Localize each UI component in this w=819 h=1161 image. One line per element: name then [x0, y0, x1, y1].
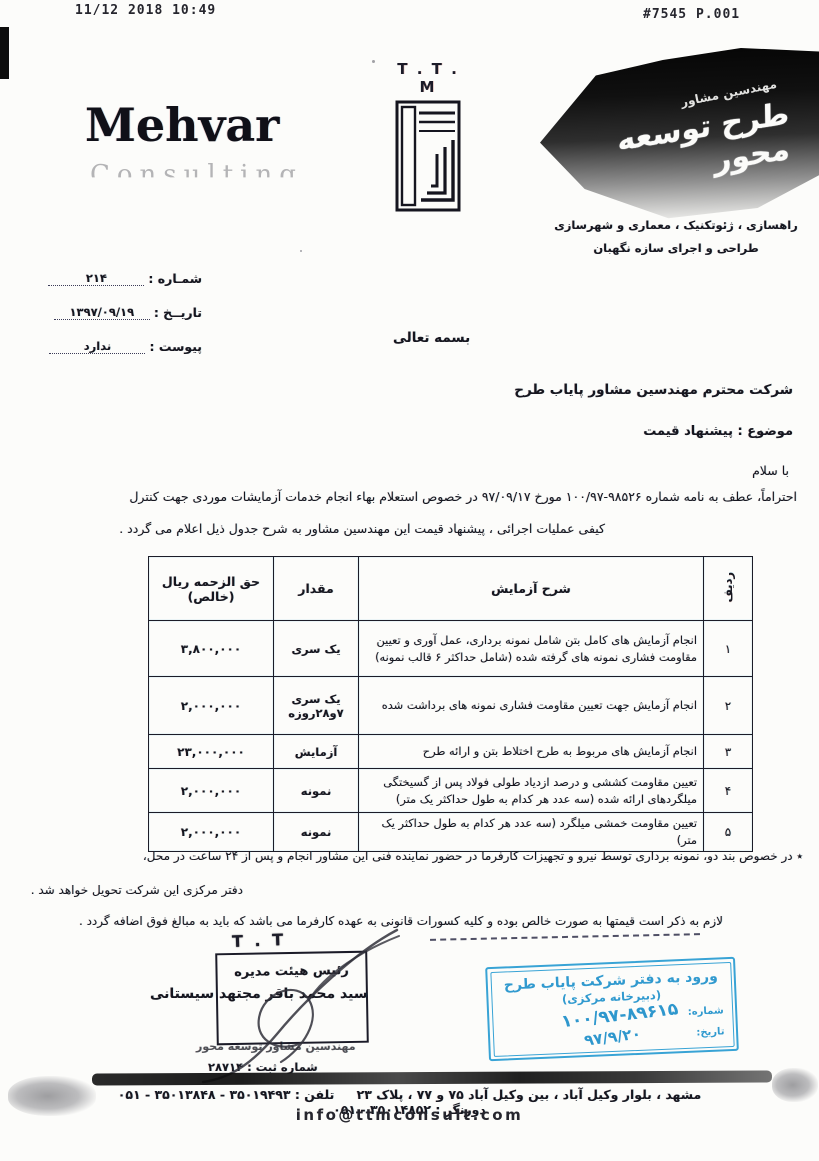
row-number-cell: ۳: [704, 735, 753, 769]
entry-stamp-number-label: شماره:: [688, 1005, 724, 1017]
ref-attachment-value: ندارد: [49, 339, 145, 354]
ref-attachment-label: پیوست :: [149, 339, 202, 354]
ref-number-value: ۲۱۴: [48, 271, 144, 286]
scan-noise: [372, 60, 375, 63]
entry-stamp: ورود به دفتر شرکت پایاب طرح (دبیرخانه مر…: [485, 957, 739, 1061]
services-tagline: راهسازی ، ژئوتکنیک ، معماری و شهرسازی طر…: [545, 214, 807, 260]
fee-cell: ۲۳,۰۰۰,۰۰۰: [149, 735, 274, 769]
ttm-logo-text: T . T . M: [388, 60, 468, 96]
address-text: مشهد ، بلوار وکیل آباد ، بین وکیل آباد ۷…: [357, 1087, 702, 1102]
price-table: ردیف شرح آزمایش مقدار حق الزحمه ریال (خا…: [148, 556, 753, 852]
ref-date-value: ۱۳۹۷/۰۹/۱۹: [54, 305, 150, 320]
table-row: ۱ انجام آزمایش های کامل بتن شامل نمونه ب…: [149, 621, 753, 677]
fee-cell: ۲,۰۰۰,۰۰۰: [149, 813, 274, 852]
scan-noise: [300, 250, 302, 252]
row-number-cell: ۵: [704, 813, 753, 852]
fee-cell: ۲,۰۰۰,۰۰۰: [149, 677, 274, 735]
phone-label: تلفن :: [295, 1087, 334, 1102]
table-row: ۵ تعیین مقاومت خمشی میلگرد (سه عدد هر کد…: [149, 813, 753, 852]
brand-english-subtitle-faded: Consulting: [90, 160, 303, 190]
body-paragraph-line-2: کیفی عملیات اجرائی ، پیشنهاد قیمت این مه…: [100, 519, 605, 539]
header-fee: حق الزحمه ریال (خالص): [149, 557, 274, 621]
salutation: با سلام: [752, 461, 789, 481]
table-row: ۴ تعیین مقاومت کششی و درصد ازدیاد طولی ف…: [149, 769, 753, 813]
ttm-logo-mark: [395, 100, 461, 212]
fax-page-id: #7545 P.001: [643, 7, 740, 22]
ref-attachment-field: پیوست : ندارد: [42, 320, 202, 354]
phone-segment: تلفن : ۳۵۰۱۹۴۹۳ - ۳۵۰۱۳۸۴۸ - ۰۵۱: [118, 1087, 335, 1102]
addressee-line: شرکت محترم مهندسین مشاور پایاب طرح: [514, 382, 793, 398]
brand-english: Mehvar: [85, 98, 279, 152]
quantity-cell: نمونه: [274, 813, 359, 852]
description-cell: انجام آزمایش جهت تعیین مقاومت فشاری نمون…: [359, 677, 704, 735]
calligraphy-logo-blob: مهندسین مشاور طرح توسعه محور: [540, 48, 819, 220]
services-line-1: راهسازی ، ژئوتکنیک ، معماری و شهرسازی: [545, 214, 807, 237]
ref-number-label: شمـاره :: [148, 271, 202, 286]
description-cell: انجام آزمایش های مربوط به طرح اختلاط بتن…: [359, 735, 704, 769]
description-cell: انجام آزمایش های کامل بتن شامل نمونه برد…: [359, 621, 704, 677]
scan-smear-bar: [92, 1071, 772, 1086]
table-header-row: ردیف شرح آزمایش مقدار حق الزحمه ریال (خا…: [149, 557, 753, 621]
scanned-letter-page: 11/12 2018 10:49 #7545 P.001 Mehvar Cons…: [0, 0, 819, 1161]
header-description: شرح آزمایش: [359, 557, 704, 621]
row-number-cell: ۴: [704, 769, 753, 813]
description-cell: تعیین مقاومت کششی و درصد ازدیاد طولی فول…: [359, 769, 704, 813]
ttm-logo: T . T . M: [388, 60, 468, 212]
header-row-number: ردیف: [704, 557, 753, 621]
quantity-cell: یک سری: [274, 621, 359, 677]
table-row: ۳ انجام آزمایش های مربوط به طرح اختلاط ب…: [149, 735, 753, 769]
email-text: info@ttmconsult.com: [0, 1106, 819, 1124]
fee-cell: ۲,۰۰۰,۰۰۰: [149, 769, 274, 813]
besmele-heading: بسمه تعالی: [393, 330, 470, 346]
table-row: ۲ انجام آزمایش جهت تعیین مقاومت فشاری نم…: [149, 677, 753, 735]
subject-line: موضوع : پیشنهاد قیمت: [643, 424, 793, 439]
row-number-cell: ۱: [704, 621, 753, 677]
ref-date-field: تاریــخ : ۱۳۹۷/۰۹/۱۹: [42, 286, 202, 320]
phone-value: ۳۵۰۱۹۴۹۳ - ۳۵۰۱۳۸۴۸ - ۰۵۱: [118, 1087, 291, 1102]
ref-number-field: شمـاره : ۲۱۴: [42, 252, 202, 286]
quantity-cell: نمونه: [274, 769, 359, 813]
reference-fields: شمـاره : ۲۱۴ تاریــخ : ۱۳۹۷/۰۹/۱۹ پیوست …: [42, 252, 202, 354]
fax-timestamp: 11/12 2018 10:49: [75, 3, 216, 18]
ref-date-label: تاریــخ :: [154, 305, 202, 320]
body-paragraph-line-1: احتراماً، عطف به نامه شماره ۹۸۵۲۶-۱۰۰/۹۷…: [24, 487, 797, 507]
quantity-cell: آزمایش: [274, 735, 359, 769]
calligraphy-main-text: طرح توسعه محور: [541, 96, 790, 206]
fee-cell: ۳,۸۰۰,۰۰۰: [149, 621, 274, 677]
header-quantity: مقدار: [274, 557, 359, 621]
handwritten-signature: [185, 922, 475, 1087]
entry-stamp-date-label: تاریخ:: [696, 1026, 725, 1038]
note-1-line-2: دفتر مرکزی این شرکت تحویل خواهد شد .: [28, 881, 243, 900]
note-1-line-1: ٭ در خصوص بند دو، نمونه برداری توسط نیرو…: [20, 847, 803, 866]
note-bullet: ٭: [796, 849, 803, 863]
scan-edge-artifact: [0, 27, 9, 79]
description-cell: تعیین مقاومت خمشی میلگرد (سه عدد هر کدام…: [359, 813, 704, 852]
row-number-cell: ۲: [704, 677, 753, 735]
services-line-2: طراحی و اجرای سازه نگهبان: [545, 237, 807, 260]
quantity-cell: یک سری ۷و۲۸روزه: [274, 677, 359, 735]
